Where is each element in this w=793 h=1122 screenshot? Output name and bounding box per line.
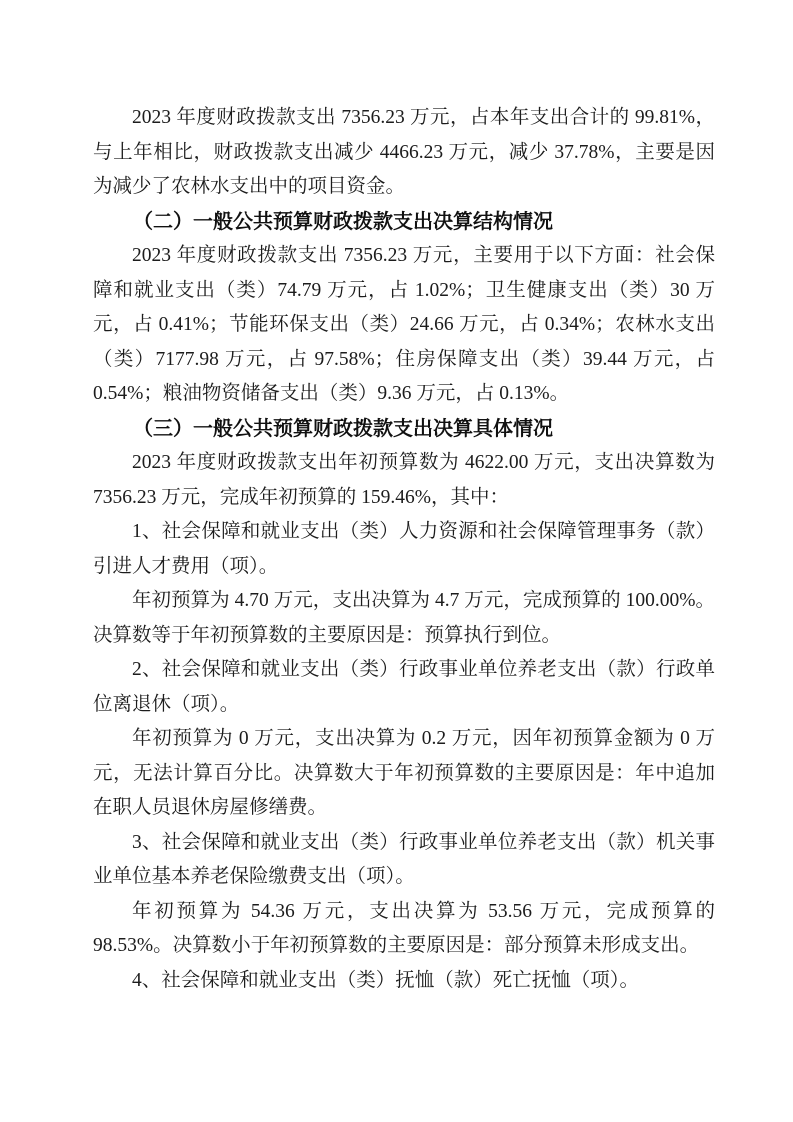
paragraph: 年初预算为 4.70 万元，支出决算为 4.7 万元，完成预算的 100.00%… — [93, 584, 715, 653]
section-heading: （三）一般公共预算财政拨款支出决算具体情况 — [93, 412, 715, 447]
paragraph: 2、社会保障和就业支出（类）行政事业单位养老支出（款）行政单位离退休（项）。 — [93, 653, 715, 722]
document-page: 2023 年度财政拨款支出 7356.23 万元，占本年支出合计的 99.81%… — [0, 0, 793, 1122]
paragraph: 1、社会保障和就业支出（类）人力资源和社会保障管理事务（款）引进人才费用（项）。 — [93, 515, 715, 584]
paragraph: 2023 年度财政拨款支出年初预算数为 4622.00 万元，支出决算数为 73… — [93, 446, 715, 515]
paragraph: 年初预算为 0 万元，支出决算为 0.2 万元，因年初预算金额为 0 万元，无法… — [93, 722, 715, 826]
document-content: 2023 年度财政拨款支出 7356.23 万元，占本年支出合计的 99.81%… — [93, 101, 715, 998]
paragraph: 年初预算为 54.36 万元，支出决算为 53.56 万元，完成预算的 98.5… — [93, 895, 715, 964]
paragraph: 4、社会保障和就业支出（类）抚恤（款）死亡抚恤（项）。 — [93, 964, 715, 999]
section-heading: （二）一般公共预算财政拨款支出决算结构情况 — [93, 205, 715, 240]
paragraph: 3、社会保障和就业支出（类）行政事业单位养老支出（款）机关事业单位基本养老保险缴… — [93, 826, 715, 895]
paragraph: 2023 年度财政拨款支出 7356.23 万元，占本年支出合计的 99.81%… — [93, 101, 715, 205]
paragraph: 2023 年度财政拨款支出 7356.23 万元，主要用于以下方面：社会保障和就… — [93, 239, 715, 412]
